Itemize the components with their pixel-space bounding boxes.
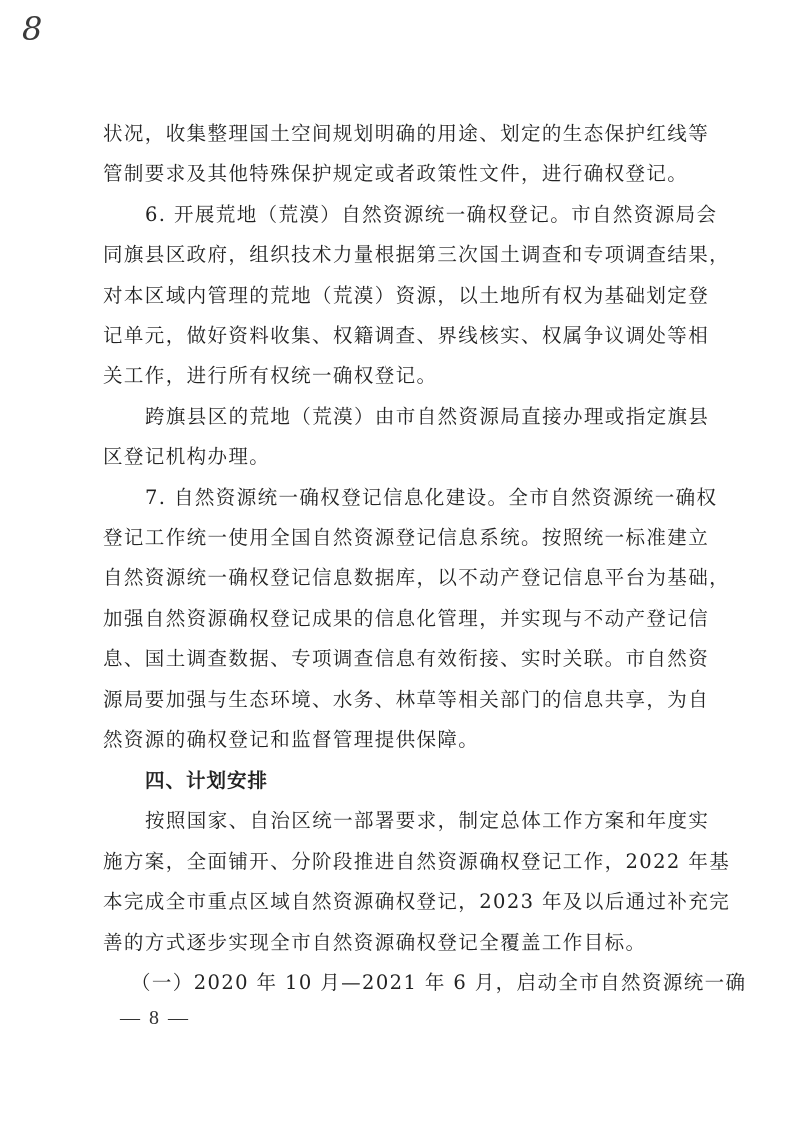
text-line: 息、国土调查数据、专项调查信息有效衔接、实时关联。市自然资	[103, 647, 693, 671]
text-line: 记单元，做好资料收集、权籍调查、界线核实、权属争议调处等相	[103, 324, 693, 348]
text-line: 6. 开展荒地（荒漠）自然资源统一确权登记。市自然资源局会	[145, 203, 693, 227]
text-line: 按照国家、自治区统一部署要求，制定总体工作方案和年度实	[145, 809, 693, 833]
text-line: 状况，收集整理国土空间规划明确的用途、划定的生态保护红线等	[103, 122, 693, 146]
text-line: 登记工作统一使用全国自然资源登记信息系统。按照统一标准建立	[103, 526, 693, 550]
text-line: 区登记机构办理。	[103, 445, 693, 469]
text-line: 关工作，进行所有权统一确权登记。	[103, 364, 693, 388]
handwritten-page-mark: 8	[22, 10, 42, 48]
text-line: 本完成全市重点区域自然资源确权登记，2023 年及以后通过补充完	[103, 890, 693, 914]
text-line: 善的方式逐步实现全市自然资源确权登记全覆盖工作目标。	[103, 931, 693, 955]
text-line: （一）2020 年 10 月—2021 年 6 月，启动全市自然资源统一确	[131, 971, 693, 995]
text-line: 施方案，全面铺开、分阶段推进自然资源确权登记工作，2022 年基	[103, 850, 693, 874]
text-line: 管制要求及其他特殊保护规定或者政策性文件，进行确权登记。	[103, 162, 693, 186]
text-line: 7. 自然资源统一确权登记信息化建设。全市自然资源统一确权	[145, 486, 693, 510]
text-line: 源局要加强与生态环境、水务、林草等相关部门的信息共享，为自	[103, 688, 693, 712]
text-line: 跨旗县区的荒地（荒漠）由市自然资源局直接办理或指定旗县	[145, 405, 693, 429]
text-line: 加强自然资源确权登记成果的信息化管理，并实现与不动产登记信	[103, 607, 693, 631]
text-line: 自然资源统一确权登记信息数据库，以不动产登记信息平台为基础，	[103, 566, 693, 590]
text-line: 然资源的确权登记和监督管理提供保障。	[103, 728, 693, 752]
text-line: 同旗县区政府，组织技术力量根据第三次国土调查和专项调查结果，	[103, 243, 693, 267]
section-heading: 四、计划安排	[145, 769, 693, 793]
text-line: 对本区域内管理的荒地（荒漠）资源，以土地所有权为基础划定登	[103, 284, 693, 308]
page-number: — 8 —	[120, 1007, 190, 1030]
